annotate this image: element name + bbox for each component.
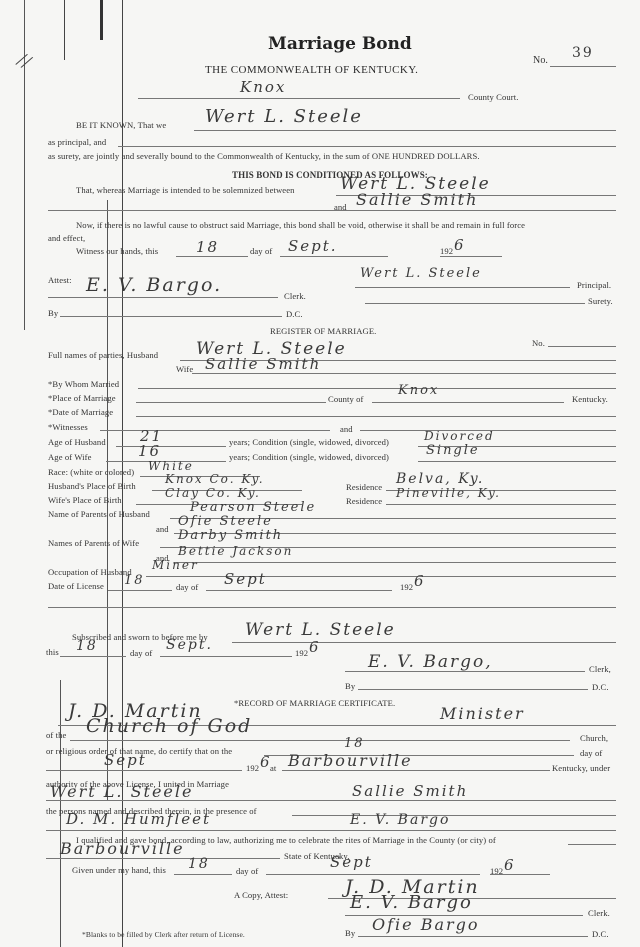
cert-dc-label: D.C.: [592, 929, 609, 939]
principal-name: Wert L. Steele: [205, 106, 363, 127]
given-day-of-label: day of: [236, 866, 258, 876]
register-separator: [48, 607, 616, 608]
husband-parent1: Pearson Steele: [190, 500, 316, 515]
commonwealth-heading: THE COMMONWEALTH OF KENTUCKY.: [205, 64, 418, 76]
full-names-label: Full names of parties, Husband: [48, 350, 158, 360]
number-label: No.: [533, 55, 548, 66]
wife-condition-line: [418, 461, 616, 462]
sworn-month: Sept.: [166, 637, 213, 653]
party2-name: Sallie Smith: [356, 190, 478, 209]
as-principal-label: as principal, and: [48, 137, 106, 147]
attest-label: Attest:: [48, 275, 72, 285]
wife-parent2: Bettie Jackson: [178, 544, 293, 558]
sworn-month-line: [160, 656, 292, 657]
by-whom-label: *By Whom Married: [48, 379, 119, 389]
place-label: *Place of Marriage: [48, 393, 116, 403]
license-day-line: [108, 590, 172, 591]
sworn-by-line: [358, 689, 588, 690]
given-year: 6: [504, 856, 516, 874]
sworn-day: 18: [76, 638, 98, 654]
given-year-line: [490, 874, 550, 875]
occupation-label: Occupation of Husband: [48, 567, 132, 577]
wife-line: [192, 373, 616, 374]
by-line: [60, 316, 282, 317]
husband-residence: Belva, Ky.: [396, 471, 484, 487]
sworn-dc-label: D.C.: [592, 682, 609, 692]
whereas-label: That, whereas Marriage is intended to be…: [76, 185, 295, 195]
cert-witness2: E. V. Bargo: [350, 812, 450, 828]
surety-signature-line: [365, 303, 585, 304]
sworn-year: 6: [309, 638, 321, 656]
presence-line: [292, 815, 616, 816]
race-label: Race: (white or colored): [48, 467, 134, 477]
witness1-line: [100, 430, 330, 431]
age-wife-label: Age of Wife: [48, 452, 92, 462]
surety-label: Surety.: [588, 296, 613, 306]
license-year: 6: [414, 572, 426, 590]
license-month: Sept: [224, 570, 267, 588]
attest-signature: E. V. Bargo.: [86, 274, 222, 296]
condition-label-wife: years; Condition (single, widowed, divor…: [229, 452, 389, 462]
date-of-marriage-line: [136, 416, 616, 417]
principal-label: Principal.: [577, 280, 611, 290]
wife-label: Wife: [176, 364, 193, 374]
county-value: Knox: [240, 78, 286, 96]
subscriber-line: [232, 642, 616, 643]
cert-day-of-label: day of: [580, 748, 602, 758]
license-year-prefix: 192: [400, 582, 413, 592]
qualified-line: [568, 844, 616, 845]
husband-birth: Knox Co. Ky.: [165, 472, 265, 486]
sworn-day-of-label: day of: [130, 648, 152, 658]
wife-residence: Pineville, Ky.: [396, 486, 501, 500]
cert-city: Barbourville: [60, 839, 185, 858]
county-line: [138, 98, 460, 99]
husband-birth-label: Husband's Place of Birth: [48, 481, 136, 491]
church-name: Church of God: [86, 715, 252, 737]
register-county: Knox: [398, 383, 439, 398]
certificate-heading: *RECORD OF MARRIAGE CERTIFICATE.: [234, 698, 395, 708]
wife-residence-label: Residence: [346, 496, 382, 506]
given-day-line: [174, 874, 232, 875]
surety-name-line: [118, 146, 616, 147]
parents-and-label-1: and: [156, 524, 169, 534]
witness-day-line: [176, 256, 248, 257]
city-line: [46, 858, 280, 859]
document-title: Marriage Bond: [268, 34, 412, 54]
register-number-label: No.: [532, 338, 545, 348]
cert-clerk-signature: E. V. Bargo: [350, 892, 473, 913]
witness-month: Sept.: [288, 237, 338, 255]
cert-month-line: [46, 770, 242, 771]
husband-parent2: Ofie Steele: [178, 514, 273, 529]
age-husband-line: [116, 446, 226, 447]
witnesses-label: *Witnesses: [48, 422, 88, 432]
principal-signature: Wert L. Steele: [360, 266, 482, 281]
cert-at-label: at: [270, 763, 276, 773]
void-clause-1: Now, if there is no lawful cause to obst…: [76, 220, 525, 230]
kentucky-label: Kentucky.: [572, 394, 608, 404]
bond-number: 39: [572, 45, 594, 61]
place-line: [136, 402, 326, 403]
by-whom-line: [138, 388, 616, 389]
deputy-signature: Ofie Bargo: [372, 915, 480, 934]
church-label: Church,: [580, 733, 608, 743]
cert-by-line: [358, 936, 588, 937]
cert-month: Sept: [104, 751, 147, 769]
sworn-clerk-signature: E. V. Bargo,: [368, 652, 493, 672]
surety-clause: as surety, are jointly and severally bou…: [48, 151, 480, 161]
be-it-known-label: BE IT KNOWN, That we: [76, 120, 166, 130]
wife-condition: Single: [426, 443, 480, 458]
party2-line: [48, 210, 616, 211]
principal-signature-line: [355, 287, 570, 288]
bride-name: Sallie Smith: [352, 782, 468, 800]
register-county-line: [372, 402, 564, 403]
wife-parent2-line: [174, 562, 616, 563]
sworn-clerk-label: Clerk,: [589, 664, 611, 674]
sworn-by-label: By: [345, 681, 355, 691]
wife-name: Sallie Smith: [205, 355, 321, 373]
marriage-bond-document: // Marriage Bond No. 39 THE COMMONWEALTH…: [0, 0, 640, 947]
license-date-label: Date of License: [48, 581, 104, 591]
year-prefix: 192: [440, 246, 453, 256]
cert-place: Barbourville: [288, 751, 413, 770]
age-husband-label: Age of Husband: [48, 437, 106, 447]
age-wife: 16: [138, 442, 161, 460]
given-month-line: [266, 874, 480, 875]
sworn-this-label: this: [46, 647, 59, 657]
footnote: *Blanks to be filled by Clerk after retu…: [82, 930, 245, 939]
margin-rule: [64, 0, 65, 60]
kentucky-under-label: Kentucky, under: [552, 763, 610, 773]
year-line: [440, 256, 502, 257]
church-line: [70, 740, 570, 741]
cert-year-prefix: 192: [246, 763, 259, 773]
given-month: Sept: [330, 853, 373, 871]
void-clause-2: and effect,: [48, 233, 85, 243]
license-day: 18: [124, 573, 145, 588]
parents-wife-label: Names of Parents of Wife: [48, 538, 139, 548]
groom-name: Wert L. Steele: [50, 782, 193, 801]
husband-condition: Divorced: [424, 429, 495, 443]
cert-place-line: [282, 770, 550, 771]
day-of-label: day of: [250, 246, 272, 256]
sworn-year-prefix: 192: [295, 648, 308, 658]
wife-parent1: Darby Smith: [178, 528, 283, 543]
county-of-label: County of: [328, 394, 364, 404]
witness-label: Witness our hands, this: [76, 246, 158, 256]
cert-by-label: By: [345, 928, 355, 938]
register-number-line: [548, 346, 616, 347]
wife-birth: Clay Co. Ky.: [165, 486, 261, 500]
clerk-label: Clerk.: [284, 291, 306, 301]
margin-rule: [100, 0, 103, 40]
attest-line: [48, 297, 278, 298]
cert-clerk-label: Clerk.: [588, 908, 610, 918]
copy-attest-label: A Copy, Attest:: [234, 890, 288, 900]
license-month-line: [206, 590, 392, 591]
given-label: Given under my hand, this: [72, 865, 166, 875]
date-of-marriage-label: *Date of Marriage: [48, 407, 113, 417]
license-day-of-label: day of: [176, 582, 198, 592]
husband-residence-label: Residence: [346, 482, 382, 492]
and-label: and: [334, 202, 347, 212]
cert-witness1: D. M. Humfleet: [66, 810, 211, 828]
wife-birth-label: Wife's Place of Birth: [48, 495, 122, 505]
given-day: 18: [188, 856, 210, 872]
parents-husband-label: Name of Parents of Husband: [48, 509, 150, 519]
occupation-line: [146, 576, 616, 577]
occupation-value: Miner: [152, 558, 199, 572]
by-label: By: [48, 308, 58, 318]
of-the-label: of the: [46, 730, 66, 740]
witnesses-and-label: and: [340, 424, 353, 434]
subscriber-name: Wert L. Steele: [245, 620, 396, 640]
dc-label: D.C.: [286, 309, 303, 319]
margin-mark: //: [12, 47, 36, 76]
register-heading: REGISTER OF MARRIAGE.: [270, 326, 376, 336]
county-court-label: County Court.: [468, 92, 518, 102]
sworn-day-line: [60, 656, 126, 657]
wife-residence-line: [386, 504, 616, 505]
condition-label-husband: years; Condition (single, widowed, divor…: [229, 437, 389, 447]
officiant-title: Minister: [440, 704, 525, 723]
number-line: [550, 66, 616, 67]
principal-line: [194, 130, 616, 131]
witness-day: 18: [196, 238, 219, 256]
cert-day: 18: [344, 736, 365, 751]
witnesses-line: [46, 830, 616, 831]
witness-month-line: [280, 256, 388, 257]
race-value: White: [148, 459, 194, 473]
witness-year: 6: [454, 236, 466, 254]
